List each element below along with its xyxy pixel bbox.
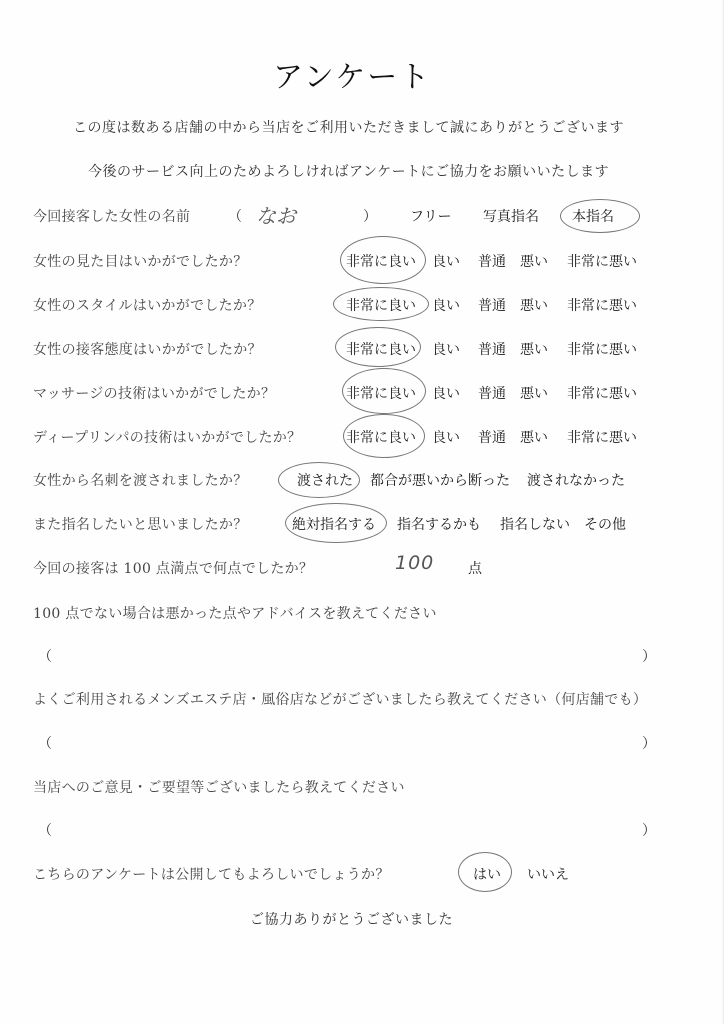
advice-answer-field[interactable] [50,646,630,666]
question-style: 女性のスタイルはいかがでしたか？ [33,295,262,315]
intro-thanks-text: この度は数ある店舗の中から当店をご利用いただきまして誠にありがとうございます [73,117,624,137]
rating-bad[interactable]: 悪い [520,251,548,271]
option-other[interactable]: その他 [584,514,626,534]
option-card-not-received[interactable]: 渡されなかった [527,470,625,490]
rating-good[interactable]: 良い [432,295,460,315]
rating-bad[interactable]: 悪い [520,383,548,403]
name-close-paren: ） [363,206,377,226]
rating-bad[interactable]: 悪い [520,339,548,359]
score-unit: 点 [468,558,482,578]
question-feedback: 当店へのご意見・ご要望等ございましたら教えてください [33,777,405,797]
rating-very-good[interactable]: 非常に良い [346,295,416,315]
question-attitude: 女性の接客態度はいかがでしたか？ [33,339,262,359]
rating-very-bad[interactable]: 非常に悪い [567,339,637,359]
rating-normal[interactable]: 普通 [478,427,506,447]
rating-normal[interactable]: 普通 [478,295,506,315]
option-main-nomination[interactable]: 本指名 [572,206,614,226]
rating-good[interactable]: 良い [432,427,460,447]
feedback-answer-field[interactable] [50,820,630,840]
rating-good[interactable]: 良い [432,339,460,359]
rating-very-good[interactable]: 非常に良い [346,383,416,403]
rating-bad[interactable]: 悪い [520,295,548,315]
rating-very-good[interactable]: 非常に良い [346,251,416,271]
question-nominate-again: また指名したいと思いましたか？ [33,514,248,534]
rating-good[interactable]: 良い [432,383,460,403]
rating-very-bad[interactable]: 非常に悪い [567,427,637,447]
score-handwritten-value[interactable]: 100 [395,552,434,574]
option-free[interactable]: フリー [410,206,451,226]
rating-normal[interactable]: 普通 [478,251,506,271]
rating-bad[interactable]: 悪い [520,427,548,447]
rating-very-bad[interactable]: 非常に悪い [567,295,637,315]
question-score: 今回の接客は 100 点満点で何点でしたか？ [33,558,313,578]
rating-good[interactable]: 良い [432,251,460,271]
option-photo-nomination[interactable]: 写真指名 [483,206,539,226]
shops-close-paren: ） [642,733,656,753]
rating-normal[interactable]: 普通 [478,339,506,359]
closing-thanks: ご協力ありがとうございました [250,909,453,929]
rating-very-bad[interactable]: 非常に悪い [567,383,637,403]
question-deep-lymph-skill: ディープリンパの技術はいかがでしたか？ [33,427,301,447]
survey-title: アンケート [273,52,431,96]
option-definitely-nominate[interactable]: 絶対指名する [292,514,376,534]
rating-very-bad[interactable]: 非常に悪い [567,251,637,271]
question-massage-skill: マッサージの技術はいかがでしたか？ [33,383,275,403]
option-yes[interactable]: はい [473,864,501,884]
question-business-card: 女性から名刺を渡されましたか？ [33,470,248,490]
question-advice: 100 点でない場合は悪かった点やアドバイスを教えてください [33,603,437,623]
advice-close-paren: ） [642,646,656,666]
option-not-nominate[interactable]: 指名しない [500,514,570,534]
scanned-survey-page: アンケート この度は数ある店舗の中から当店をご利用いただきまして誠にありがとうご… [0,0,724,1024]
option-card-declined[interactable]: 都合が悪いから断った [370,470,510,490]
rating-very-good[interactable]: 非常に良い [346,427,416,447]
rating-normal[interactable]: 普通 [478,383,506,403]
other-shops-answer-field[interactable] [50,733,630,753]
name-handwritten-value[interactable]: なお [256,200,296,229]
intro-request-text: 今後のサービス向上のためよろしければアンケートにご協力をお願いいたします [88,161,609,181]
question-publish: こちらのアンケートは公開してもよろしいでしょうか？ [33,864,390,884]
question-staff-name: 今回接客した女性の名前 [33,206,190,226]
option-card-received[interactable]: 渡された [297,470,353,490]
rating-very-good[interactable]: 非常に良い [346,339,416,359]
feedback-close-paren: ） [642,820,656,840]
name-open-paren: （ [228,206,242,226]
question-appearance: 女性の見た目はいかがでしたか？ [33,251,248,271]
question-other-shops: よくご利用されるメンズエステ店・風俗店などがございましたら教えてください（何店舗… [33,689,647,709]
option-maybe-nominate[interactable]: 指名するかも [397,514,481,534]
option-no[interactable]: いいえ [527,864,569,884]
